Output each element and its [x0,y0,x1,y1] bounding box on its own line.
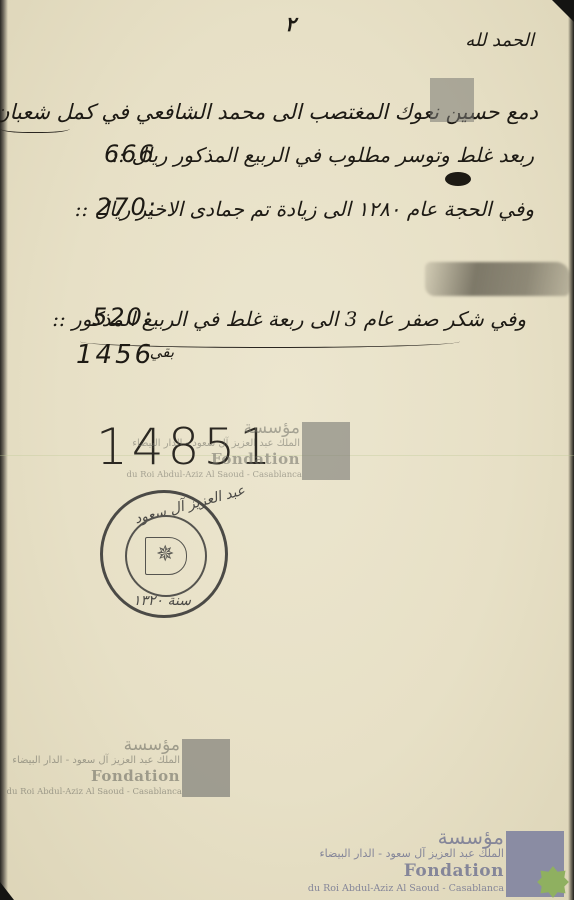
watermark-french-subtitle: du Roi Abdul-Aziz Al Saoud - Casablanca [308,883,504,894]
right-page-edge [568,0,574,900]
foundation-logo-icon [430,78,474,122]
official-seal: عبد العزيز آل سعود سنة ١٣٢٠ ✵ [100,490,228,618]
total-amount: 1456 [76,340,154,370]
torn-corner-bottom-left [0,882,14,900]
watermark-arabic-title: مؤسسة [244,418,300,438]
watermark-footer: مؤسسة الملك عبد العزيز آل سعود - الدار ا… [300,825,574,900]
flourish-line-1 [0,122,70,133]
watermark-lower: مؤسسة الملك عبد العزيز آل سعود - الدار ا… [40,735,270,805]
watermark-middle: مؤسسة الملك عبد العزيز آل سعود - الدار ا… [190,418,390,488]
text-line-2-body: ربعد غلط وتوسر مطلوب في الربيع المذكور ر… [112,143,534,167]
foundation-logo-icon [506,831,564,897]
amount-line-2: 666 [104,140,156,168]
manuscript-page: ٢ الحمد لله دمع حسين نعوك المغتصب الى مح… [0,0,574,900]
foundation-logo-icon [182,739,230,797]
watermark-arabic-subtitle: الملك عبد العزيز آل سعود - الدار البيضاء [132,438,300,449]
amount-line-3: 270: [96,193,158,221]
watermark-small [430,78,490,138]
torn-corner-top-right [552,0,574,22]
left-page-edge [0,0,8,900]
seal-inner-ring: ✵ [125,515,207,597]
star-emblem-icon: ✵ [156,544,174,566]
amount-line-4: 520: [92,303,154,331]
watermark-arabic-title: مؤسسة [438,825,504,849]
crossed-out-text [425,262,570,296]
watermark-arabic-title: مؤسسة [124,735,180,755]
green-star-icon [536,865,570,899]
watermark-arabic-subtitle: الملك عبد العزيز آل سعود - الدار البيضاء [319,847,504,860]
watermark-french-subtitle: du Roi Abdul-Aziz Al Saoud - Casablanca [127,470,302,480]
watermark-french-title: Fondation [211,450,300,468]
watermark-french-title: Fondation [91,767,180,785]
page-mark: ٢ [285,12,296,36]
seal-shield: ✵ [145,537,187,575]
watermark-arabic-subtitle: الملك عبد العزيز آل سعود - الدار البيضاء [12,755,180,766]
watermark-french-subtitle: du Roi Abdul-Aziz Al Saoud - Casablanca [7,787,182,797]
ink-blot [445,172,471,186]
document-heading: الحمد لله [465,30,534,51]
foundation-logo-icon [302,422,350,480]
watermark-french-title: Fondation [404,861,504,881]
